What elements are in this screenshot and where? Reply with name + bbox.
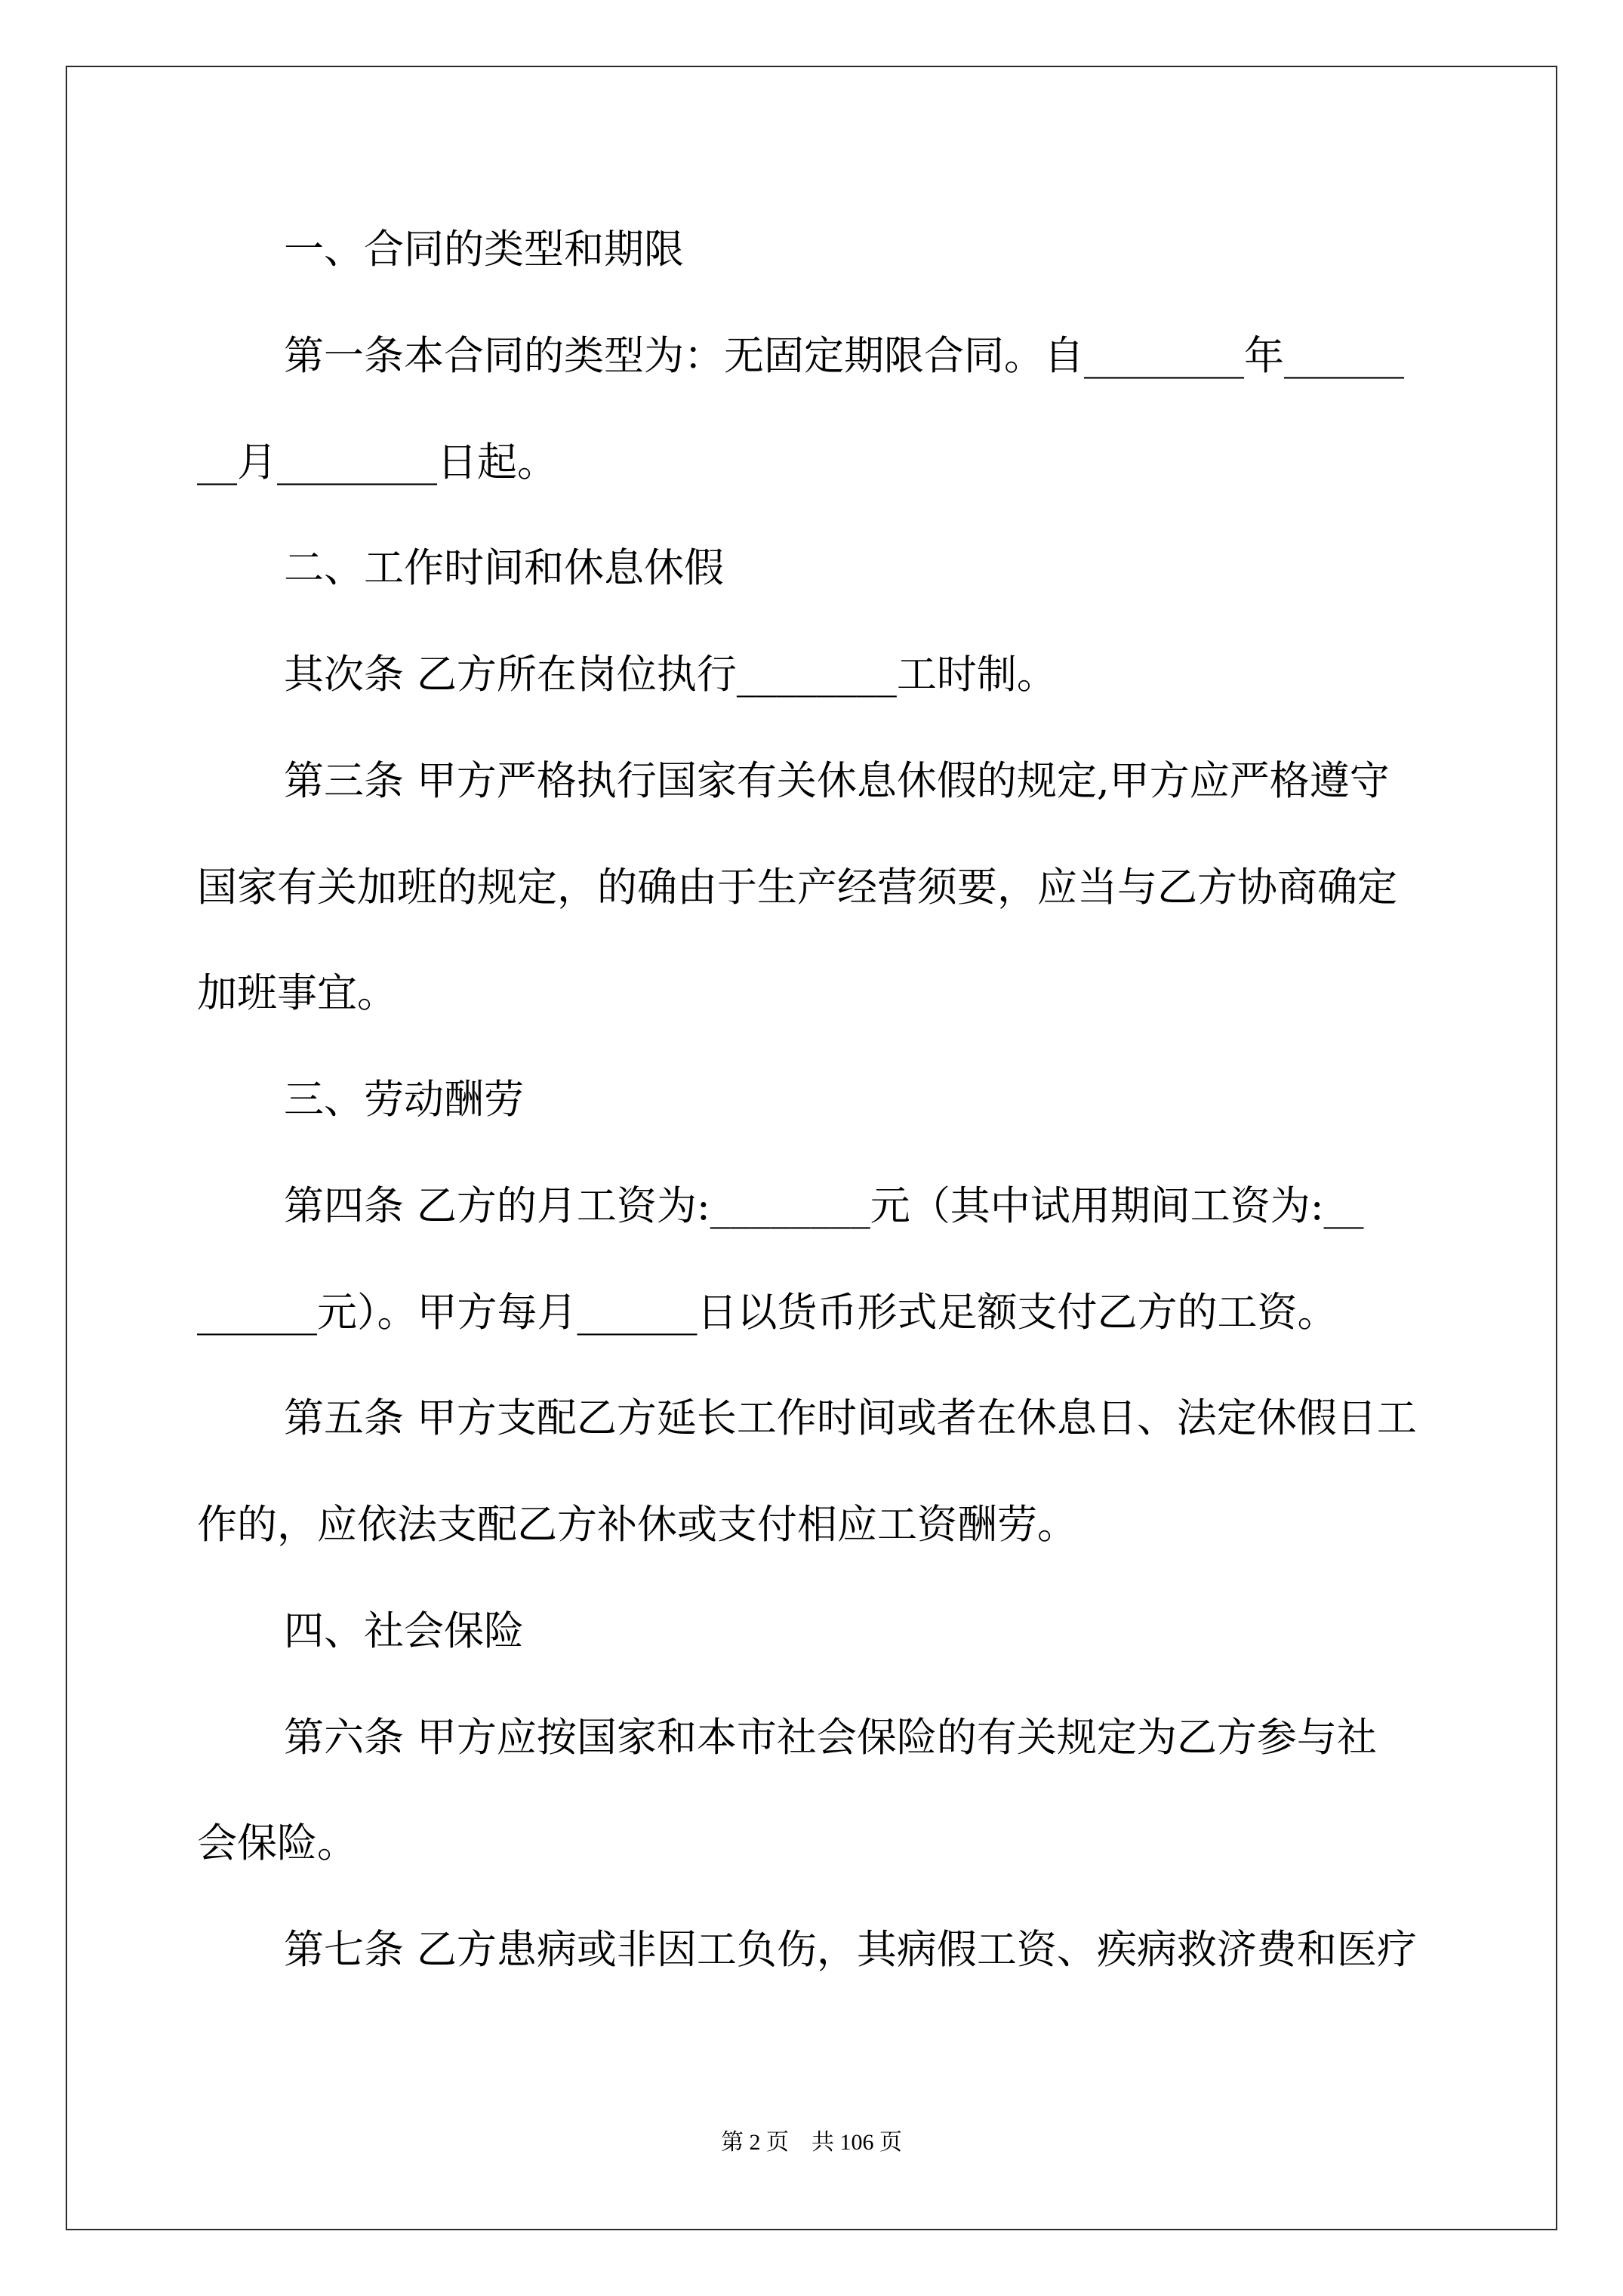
clause-4-line-2: ______元）。甲方每月______日以货币形式足额支付乙方的工资。	[197, 1260, 1450, 1367]
clause-5-line-1: 第五条 甲方支配乙方延长工作时间或者在休息日、法定休假日工	[197, 1366, 1450, 1472]
section-heading-contract-type: 一、合同的类型和期限	[197, 197, 1450, 304]
document-body: 一、合同的类型和期限 第一条本合同的类型为：无固定期限合同。自________年…	[197, 197, 1450, 2004]
clause-3-line-1: 第三条 甲方严格执行国家有关休息休假的规定,甲方应严格遵守	[197, 729, 1450, 835]
clause-5-line-2: 作的，应依法支配乙方补休或支付相应工资酬劳。	[197, 1472, 1450, 1579]
section-heading-working-hours: 二、工作时间和休息休假	[197, 516, 1450, 622]
clause-7-line-1: 第七条 乙方患病或非因工负伤，其病假工资、疾病救济费和医疗	[197, 1897, 1450, 2004]
clause-2-line-1: 其次条 乙方所在岗位执行________工时制。	[197, 622, 1450, 729]
clause-6-line-1: 第六条 甲方应按国家和本市社会保险的有关规定为乙方参与社	[197, 1685, 1450, 1792]
clause-1-line-2: __月________日起。	[197, 410, 1450, 516]
clause-3-line-3: 加班事宜。	[197, 941, 1450, 1047]
section-heading-social-insurance: 四、社会保险	[197, 1579, 1450, 1685]
section-heading-remuneration: 三、劳动酬劳	[197, 1047, 1450, 1154]
clause-4-line-1: 第四条 乙方的月工资为:________元（其中试用期间工资为:__	[197, 1154, 1450, 1260]
clause-1-line-1: 第一条本合同的类型为：无固定期限合同。自________年______	[197, 304, 1450, 410]
clause-3-line-2: 国家有关加班的规定，的确由于生产经营须要，应当与乙方协商确定	[197, 835, 1450, 942]
clause-6-line-2: 会保险。	[197, 1791, 1450, 1897]
page-number-footer: 第 2 页 共 106 页	[0, 2128, 1623, 2158]
